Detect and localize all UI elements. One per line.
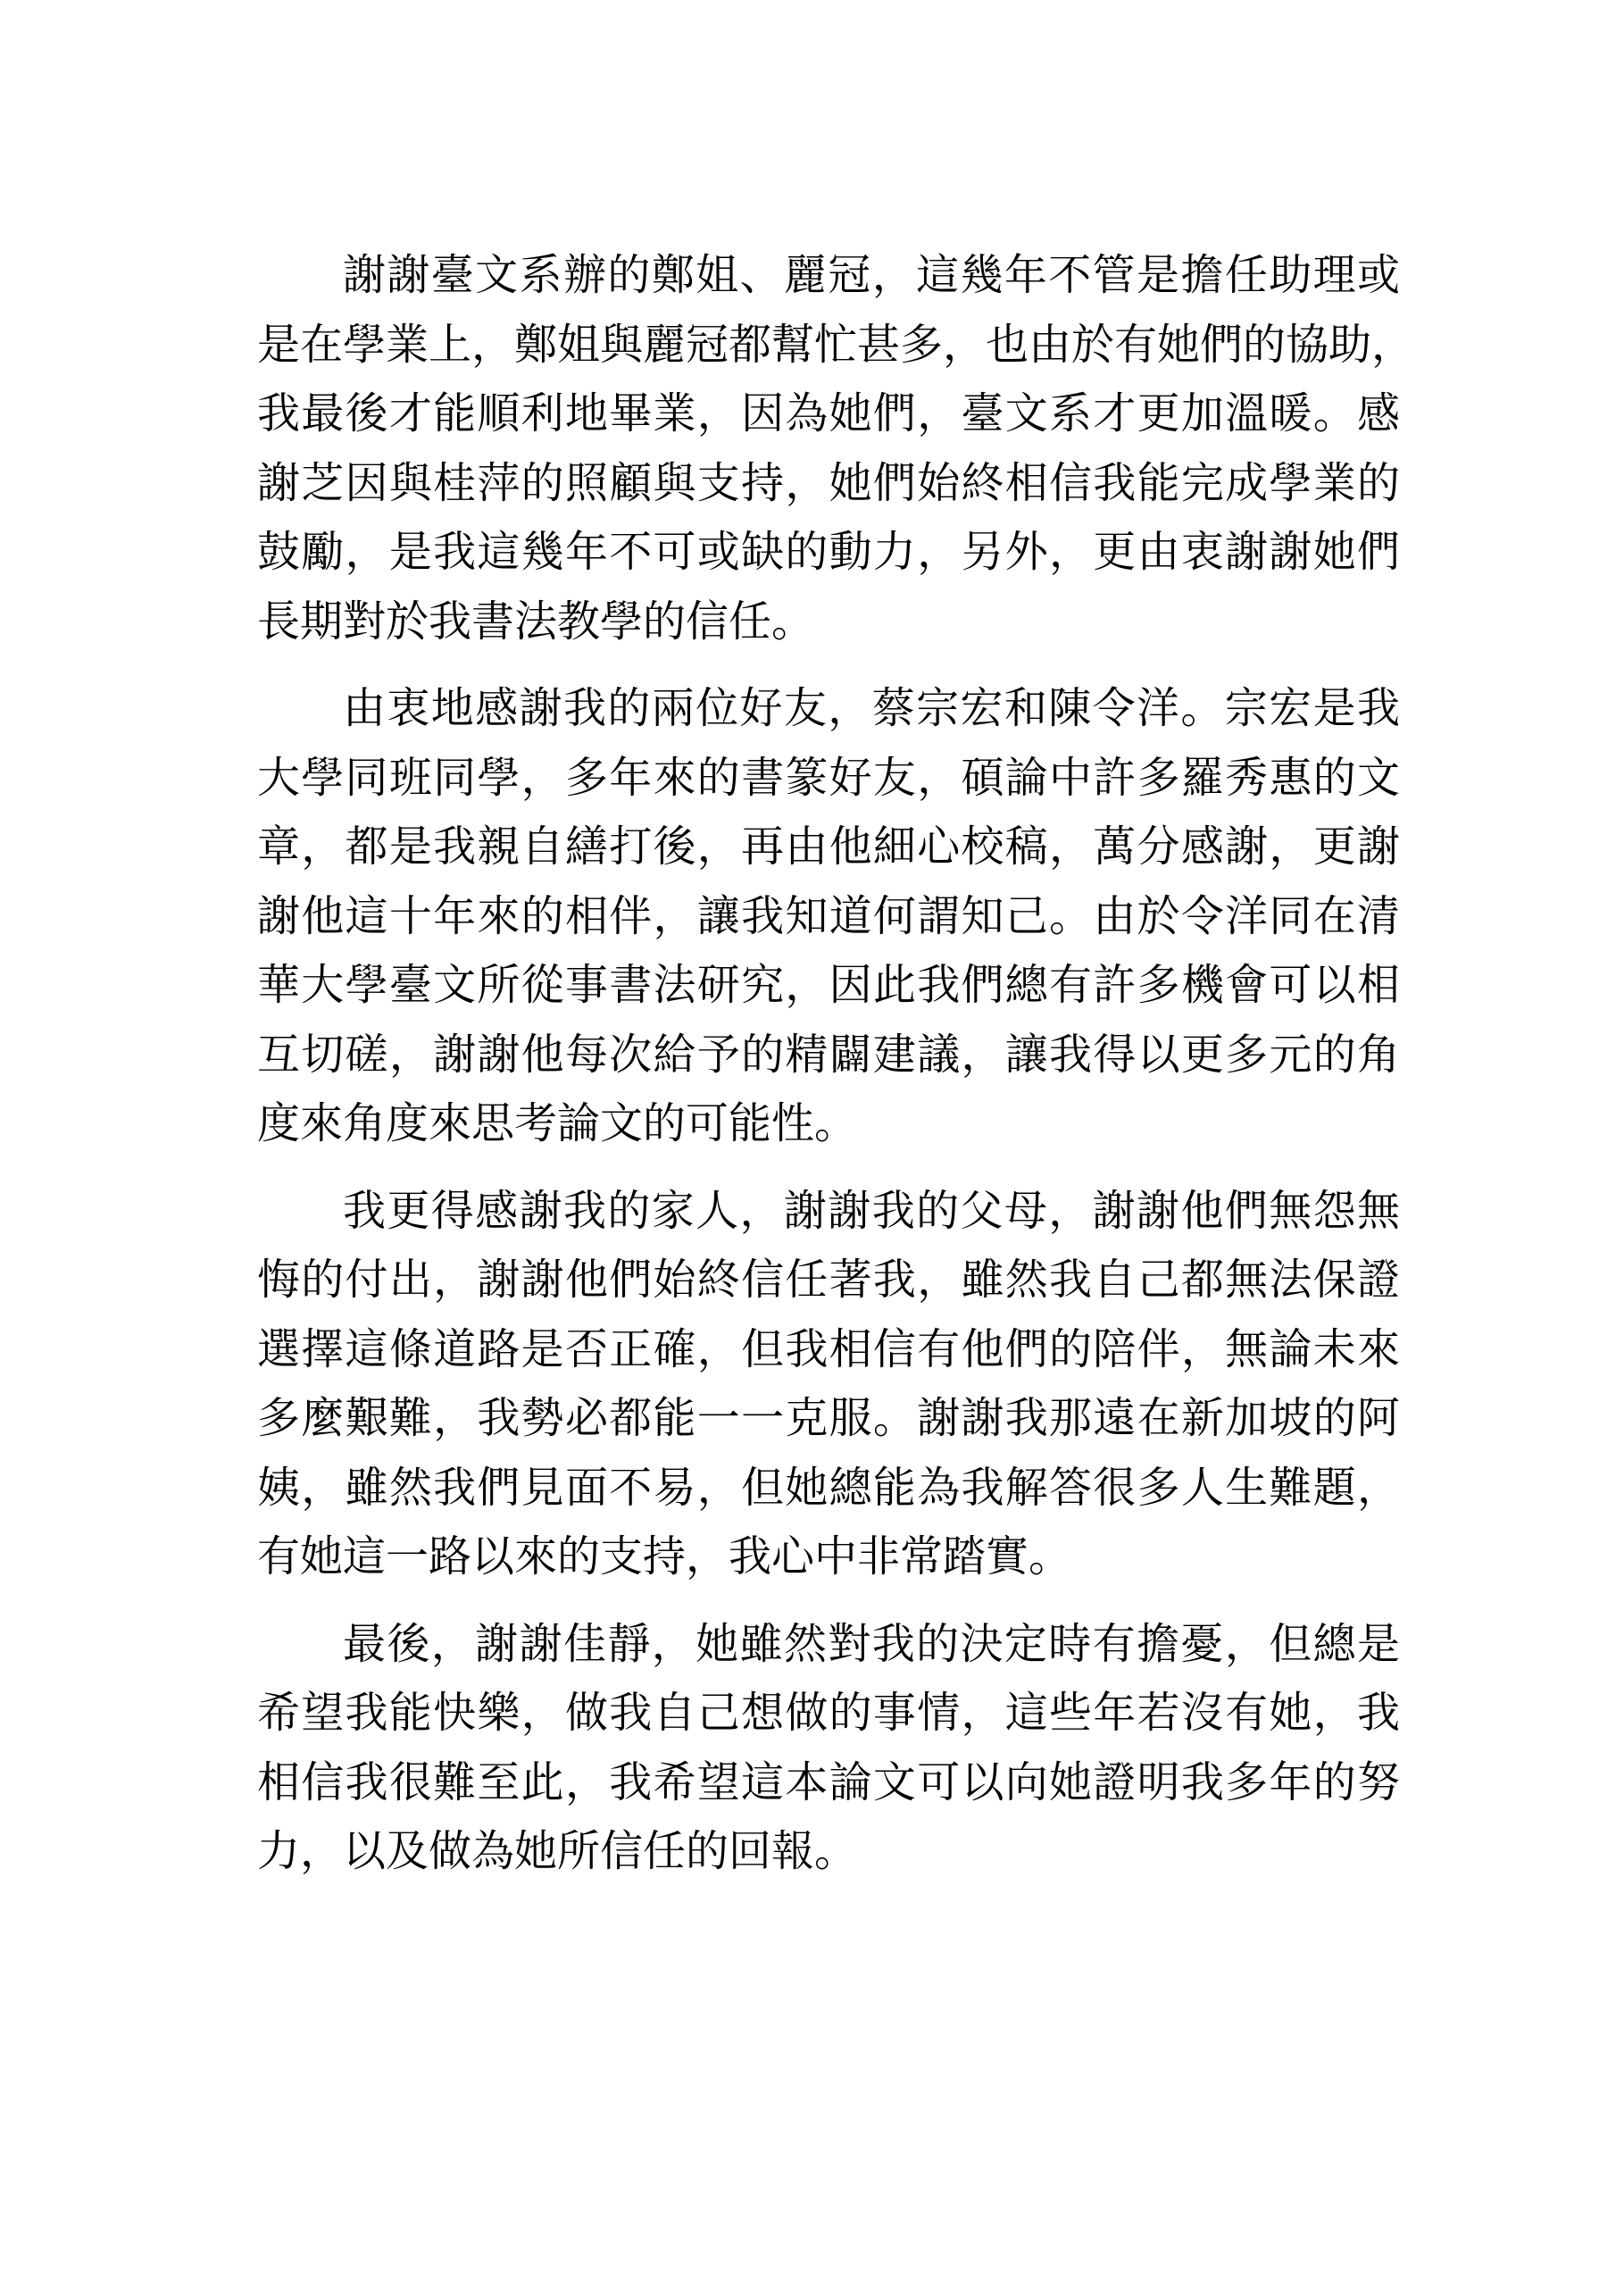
- text-line: 謝他這十年來的相伴，讓我知道何謂知己。由於令洋同在清: [257, 882, 1400, 952]
- text-line: 章，都是我親自繕打後，再由他細心校稿，萬分感謝，更謝: [257, 813, 1400, 882]
- text-line: 有她這一路以來的支持，我心中非常踏實。: [257, 1523, 1400, 1592]
- text-line: 是在學業上，鄭姐與麗冠都幫忙甚多，也由於有她們的協助，: [257, 311, 1400, 380]
- text-line: 華大學臺文所從事書法研究，因此我們總有許多機會可以相: [257, 951, 1400, 1021]
- text-line: 最後，謝謝佳靜，她雖然對我的決定時有擔憂，但總是: [257, 1610, 1400, 1680]
- text-line: 相信我很難至此，我希望這本論文可以向她證明我多年的努: [257, 1748, 1400, 1818]
- text-line: 多麼艱難，我勢必都能一一克服。謝謝我那遠在新加坡的阿: [257, 1384, 1400, 1454]
- text-line: 選擇這條道路是否正確，但我相信有他們的陪伴，無論未來: [257, 1315, 1400, 1385]
- text-line: 我更得感謝我的家人，謝謝我的父母，謝謝他們無怨無: [257, 1177, 1400, 1247]
- text-line: 悔的付出，謝謝他們始終信任著我，雖然我自己都無法保證: [257, 1246, 1400, 1315]
- text-line: 鼓勵，是我這幾年不可或缺的動力，另外，更由衷謝謝她們: [257, 518, 1400, 588]
- text-line: 謝謝臺文系辦的鄭姐、麗冠，這幾年不管是擔任助理或: [257, 241, 1400, 311]
- document-page: 謝謝臺文系辦的鄭姐、麗冠，這幾年不管是擔任助理或 是在學業上，鄭姐與麗冠都幫忙甚…: [0, 0, 1624, 2278]
- paragraph-3: 我更得感謝我的家人，謝謝我的父母，謝謝他們無怨無 悔的付出，謝謝他們始終信任著我…: [257, 1177, 1400, 1592]
- paragraph-1: 謝謝臺文系辦的鄭姐、麗冠，這幾年不管是擔任助理或 是在學業上，鄭姐與麗冠都幫忙甚…: [257, 241, 1400, 656]
- text-line: 希望我能快樂，做我自己想做的事情，這些年若沒有她，我: [257, 1679, 1400, 1748]
- text-line: 我最後才能順利地畢業，因為她們，臺文系才更加溫暖。感: [257, 380, 1400, 449]
- text-line: 力，以及做為她所信任的回報。: [257, 1817, 1400, 1887]
- text-line: 度來角度來思考論文的可能性。: [257, 1089, 1400, 1159]
- text-line: 由衷地感謝我的兩位好友，蔡宗宏和陳令洋。宗宏是我: [257, 674, 1400, 744]
- text-line: 謝芝因與桂萍的照顧與支持，她們始終相信我能完成學業的: [257, 449, 1400, 519]
- text-line: 長期對於我書法教學的信任。: [257, 588, 1400, 657]
- text-line: 大學同班同學，多年來的書篆好友，碩論中許多羅秀惠的文: [257, 744, 1400, 814]
- text-line: 姨，雖然我們見面不易，但她總能為我解答很多人生難題，: [257, 1454, 1400, 1523]
- text-line: 互切磋，謝謝他每次給予的精闢建議，讓我得以更多元的角: [257, 1021, 1400, 1090]
- paragraph-2: 由衷地感謝我的兩位好友，蔡宗宏和陳令洋。宗宏是我 大學同班同學，多年來的書篆好友…: [257, 674, 1400, 1159]
- paragraph-4: 最後，謝謝佳靜，她雖然對我的決定時有擔憂，但總是 希望我能快樂，做我自己想做的事…: [257, 1610, 1400, 1887]
